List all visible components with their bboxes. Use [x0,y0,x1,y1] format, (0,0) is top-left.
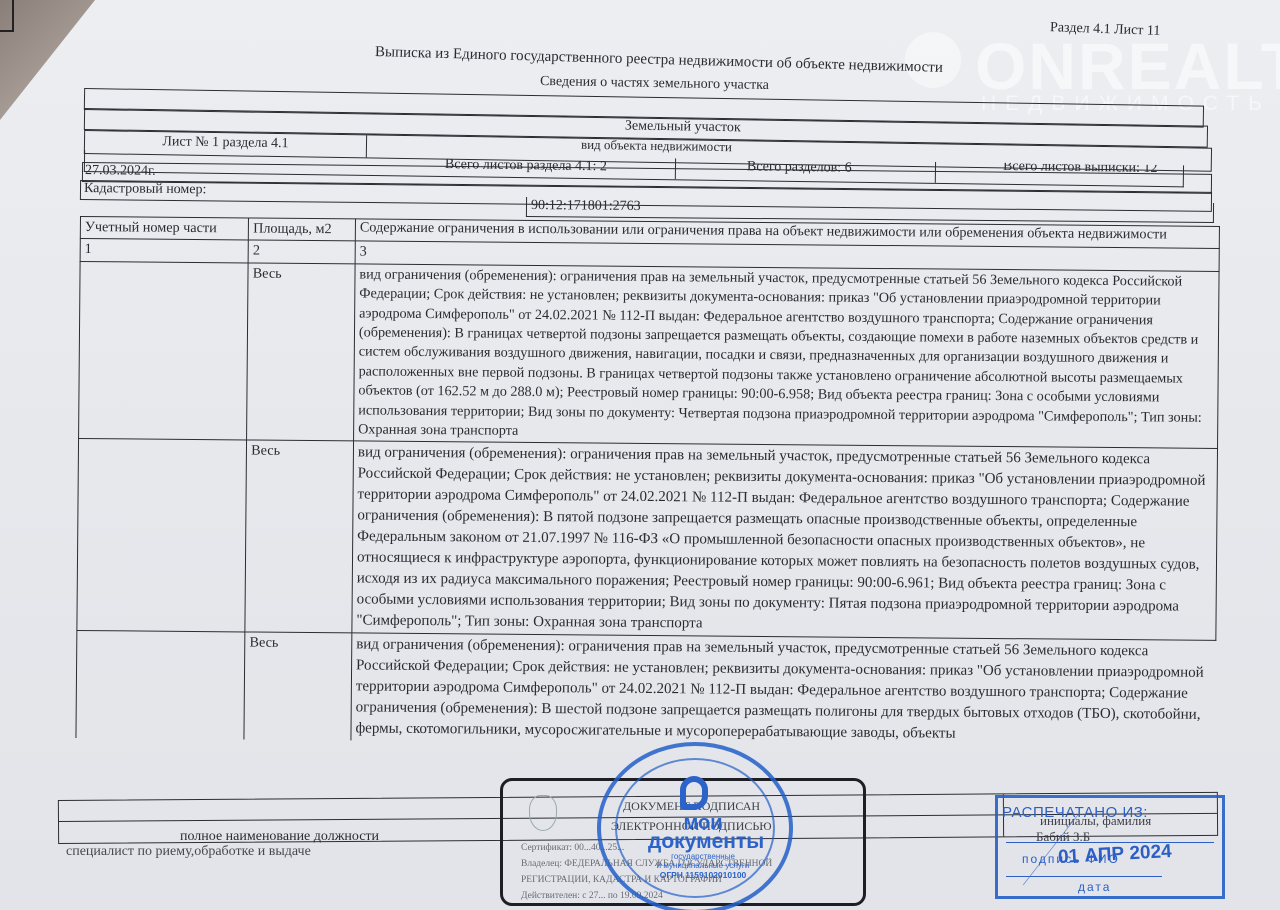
position-value: специалист по риему,обработке и выдаче [66,844,311,860]
extract-date: 27.03.2024г. [85,163,156,180]
stamp-services-line-2: и муниципальные услуги [648,861,758,870]
column-header-area: Площадь, м2 [249,218,356,241]
stamp-ogrn: ОГРН 1159102010100 [648,870,758,880]
restriction-content-cell: вид ограничения (обременения): ограничен… [351,633,1216,748]
coat-of-arms-icon [529,795,557,831]
moi-dokumenty-logo-icon [680,776,708,810]
background-object [0,0,14,32]
area-cell: Весь [247,263,355,442]
object-type-caption: вид объекта недвижимости [581,139,732,153]
table-row: Весь вид ограничения (обременения): огра… [76,631,1216,748]
object-type-value: Земельный участок [625,118,741,136]
cadastral-number: 90:12:171801:2763 [531,198,641,215]
stamp-services-line-1: государственные [648,852,758,861]
table-row: Весь вид ограничения (обременения): огра… [77,439,1218,641]
area-cell: Весь [244,632,352,740]
column-number-2: 2 [248,240,355,263]
part-number-cell [79,261,249,440]
position-caption: полное наименование должности [180,829,379,845]
restrictions-table: Учетный номер части Площадь, м2 Содержан… [75,216,1220,748]
restriction-content-cell: вид ограничения (обременения): ограничен… [352,441,1218,641]
restriction-content-cell: вид ограничения (обременения): ограничен… [353,264,1219,449]
column-header-part-number: Учетный номер части [80,217,248,241]
mfc-stamp-brand: мои документы государственные и муниципа… [648,814,758,880]
part-number-cell [77,439,247,632]
column-number-1: 1 [80,239,248,263]
stamp-brand-line-2: документы [648,832,758,852]
part-number-cell [76,631,245,740]
cadastral-label: Кадастровый номер: [84,181,207,198]
area-cell: Весь [245,440,353,633]
table-row: Весь вид ограничения (обременения): огра… [79,261,1220,449]
